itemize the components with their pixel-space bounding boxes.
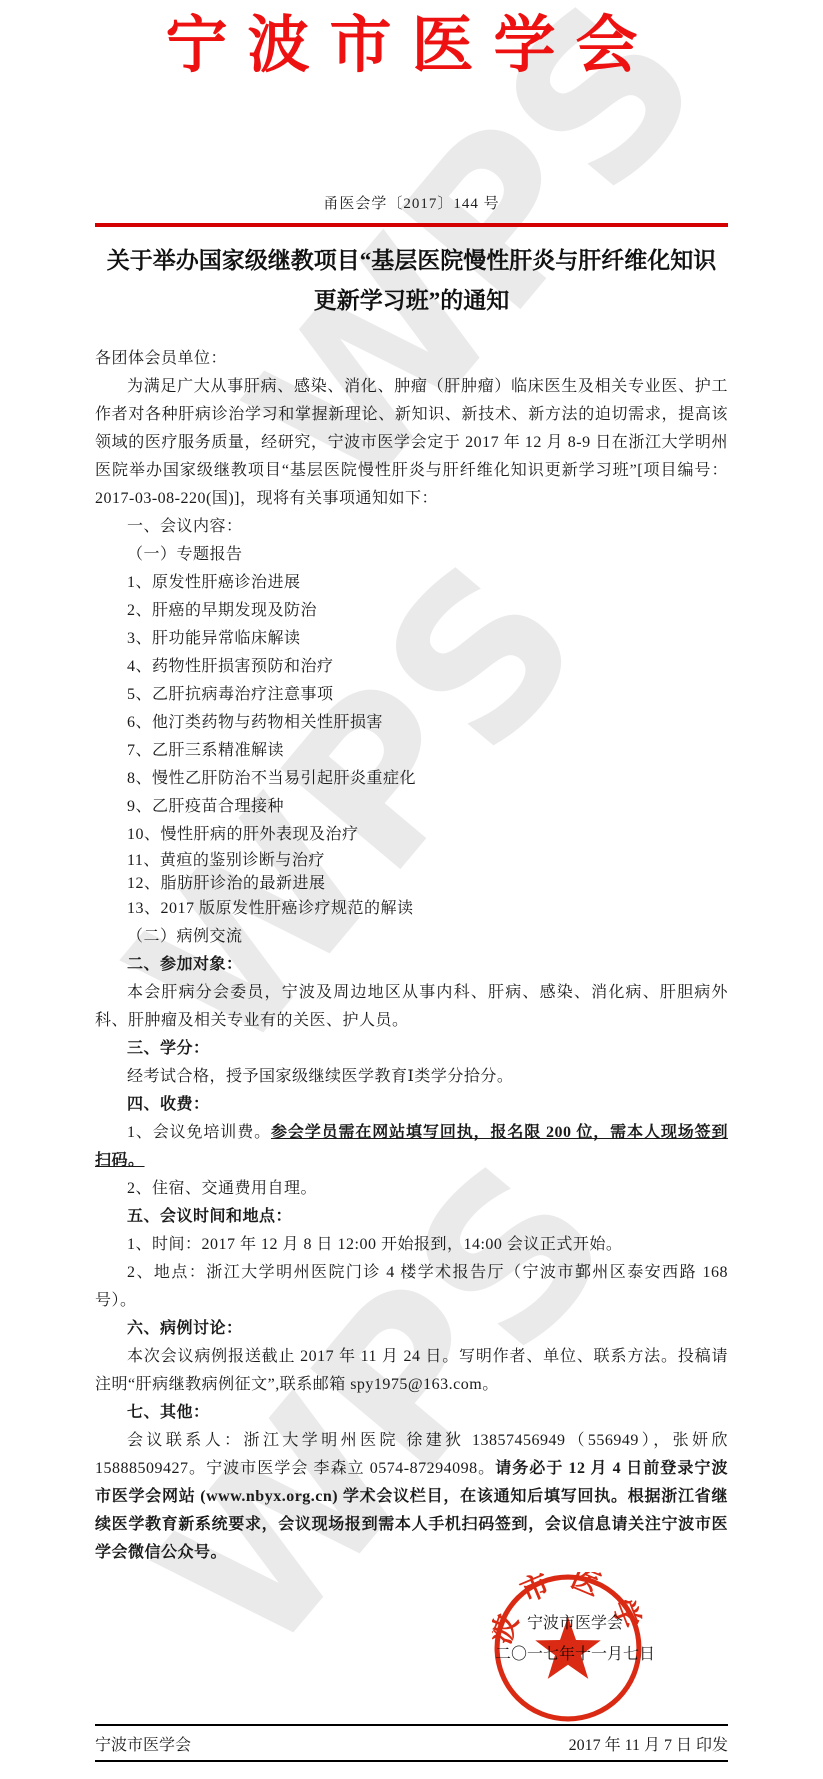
section1-sub1: （一）专题报告 — [95, 541, 728, 569]
section5-heading: 五、会议时间和地点： — [95, 1203, 728, 1231]
section7-heading: 七、其他： — [95, 1399, 728, 1427]
topic-item: 10、慢性肝病的肝外表现及治疗 — [95, 821, 728, 849]
document-content: 宁波市医学会 甬医会学〔2017〕144 号 关于举办国家级继教项目“基层医院慢… — [0, 0, 823, 1567]
section5-item2: 2、地点：浙江大学明州医院门诊 4 楼学术报告厅（宁波市鄞州区泰安西路 168 … — [95, 1259, 728, 1315]
section1-sub2: （二）病例交流 — [95, 923, 728, 951]
document-page: WPS WPS WPS 宁波市医学会 甬医会学〔2017〕144 号 关于举办国… — [0, 0, 823, 1779]
footer-print-date: 2017 年 11 月 7 日 印发 — [569, 1732, 728, 1755]
fee-item-prefix: 1、会议免培训费。 — [127, 1124, 271, 1141]
salutation: 各团体会员单位： — [95, 345, 728, 373]
topic-item: 11、黄疸的鉴别诊断与治疗 — [95, 849, 728, 872]
topic-item: 2、肝癌的早期发现及防治 — [95, 597, 728, 625]
official-seal: 宁波市医学会 — [492, 1572, 644, 1724]
red-divider — [95, 223, 728, 227]
topic-item: 6、他汀类药物与药物相关性肝损害 — [95, 709, 728, 737]
section2-text: 本会肝病分会委员，宁波及周边地区从事内科、肝病、感染、消化病、肝胆病外科、肝肿瘤… — [95, 979, 728, 1035]
document-number: 甬医会学〔2017〕144 号 — [0, 192, 823, 213]
topic-item: 8、慢性乙肝防治不当易引起肝炎重症化 — [95, 765, 728, 793]
footer-org: 宁波市医学会 — [95, 1732, 191, 1755]
section3-heading: 三、学分： — [95, 1035, 728, 1063]
topic-item: 1、原发性肝癌诊治进展 — [95, 569, 728, 597]
topic-item: 13、2017 版原发性肝癌诊疗规范的解读 — [95, 895, 728, 923]
section5-item1: 1、时间：2017 年 12 月 8 日 12:00 开始报到，14:00 会议… — [95, 1231, 728, 1259]
section1-heading: 一、会议内容： — [95, 513, 728, 541]
section4-heading: 四、收费： — [95, 1091, 728, 1119]
seal-star — [535, 1617, 600, 1679]
section2-heading: 二、参加对象： — [95, 951, 728, 979]
topic-item: 12、脂肪肝诊治的最新进展 — [95, 872, 728, 895]
letterhead-org-name: 宁波市医学会 — [0, 0, 823, 80]
topic-item: 9、乙肝疫苗合理接种 — [95, 793, 728, 821]
section4-item1: 1、会议免培训费。参会学员需在网站填写回执，报名限 200 位，需本人现场签到扫… — [95, 1119, 728, 1175]
topic-item: 5、乙肝抗病毒治疗注意事项 — [95, 681, 728, 709]
section4-item2: 2、住宿、交通费用自理。 — [95, 1175, 728, 1203]
topic-item: 3、肝功能异常临床解读 — [95, 625, 728, 653]
topic-item: 4、药物性肝损害预防和治疗 — [95, 653, 728, 681]
footer: 宁波市医学会 2017 年 11 月 7 日 印发 — [95, 1724, 728, 1762]
section7-text: 会议联系人：浙江大学明州医院 徐建狄 13857456949（556949），张… — [95, 1427, 728, 1567]
section6-heading: 六、病例讨论： — [95, 1315, 728, 1343]
section3-text: 经考试合格，授予国家级继续医学教育Ⅰ类学分拾分。 — [95, 1063, 728, 1091]
notice-title: 关于举办国家级继教项目“基层医院慢性肝炎与肝纤维化知识更新学习班”的通知 — [102, 241, 722, 321]
section6-text: 本次会议病例报送截止 2017 年 11 月 24 日。写明作者、单位、联系方法… — [95, 1343, 728, 1399]
notice-body: 各团体会员单位： 为满足广大从事肝病、感染、消化、肿瘤（肝肿瘤）临床医生及相关专… — [95, 345, 728, 1567]
topic-item: 7、乙肝三系精准解读 — [95, 737, 728, 765]
intro-paragraph: 为满足广大从事肝病、感染、消化、肿瘤（肝肿瘤）临床医生及相关专业医、护工作者对各… — [95, 373, 728, 513]
